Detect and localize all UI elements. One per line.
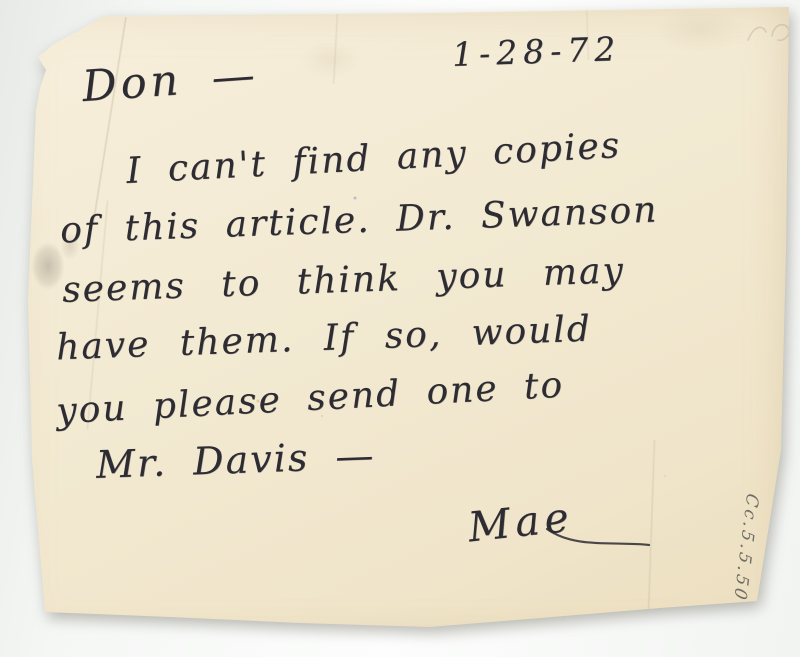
handwritten-date: 1-28-72 [451, 29, 622, 74]
handwritten-body-line: I can't find any copies [125, 125, 622, 192]
handwritten-body-line: seems to think you may [61, 250, 625, 311]
handwritten-signature: Mae [466, 493, 576, 552]
scanned-note-background: 1-28-72 Don — I can't find any copies of… [0, 0, 800, 657]
paper-crease [92, 17, 128, 225]
paper-crease [647, 440, 656, 612]
handwritten-body-line: of this article. Dr. Swanson [59, 190, 659, 252]
handwritten-salutation: Don — [80, 50, 260, 112]
handwritten-body-line: have them. If so, would [55, 309, 592, 369]
note-paper-sheet: 1-28-72 Don — I can't find any copies of… [0, 0, 800, 657]
handwritten-body-line: you please send one to [55, 365, 565, 433]
paper-crease [332, 14, 339, 84]
handwritten-body-line: Mr. Davis — [95, 433, 376, 487]
faint-pencil-scribble [744, 16, 796, 50]
paper-shadow-wrap: 1-28-72 Don — I can't find any copies of… [0, 0, 800, 657]
pencil-catalog-code: Cc.5.5.50 [729, 491, 762, 604]
